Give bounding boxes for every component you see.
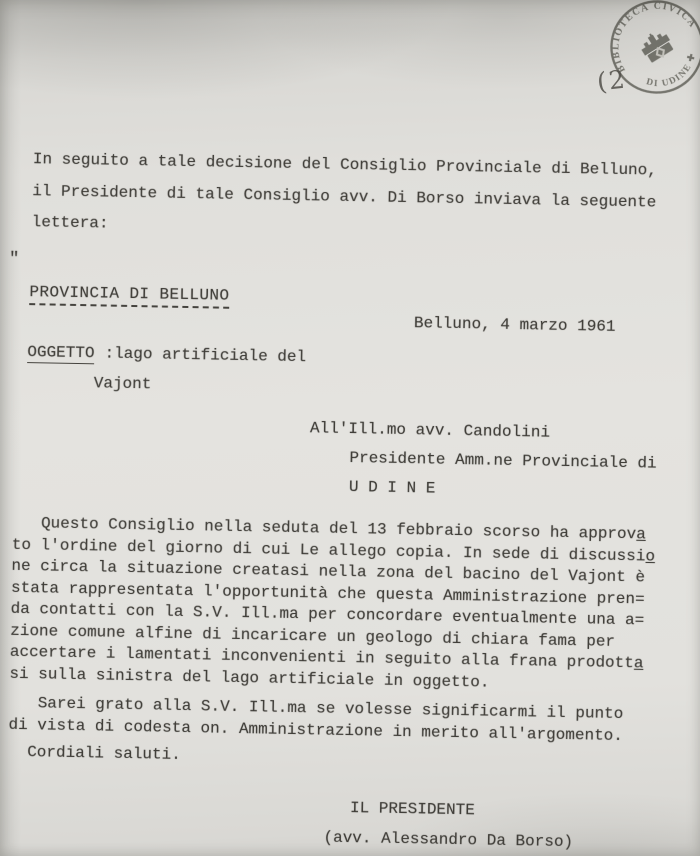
letterhead-title: PROVINCIA DI BELLUNO <box>29 283 229 305</box>
closing-line: Cordiali saluti. <box>8 742 684 776</box>
opening-quote-mark: " <box>9 250 20 269</box>
letterhead-text: PROVINCIA DI BELLUNO <box>29 283 229 309</box>
subject-continuation: Vajont <box>94 374 152 393</box>
subject-label: OGGETTO <box>27 343 95 364</box>
date-line: Belluno, 4 marzo 1961 <box>414 314 616 336</box>
letter-content: In seguito a tale decisione del Consigli… <box>0 0 700 856</box>
subject-text: :lago artificiale del <box>104 344 306 366</box>
body-paragraph-2: Sarei grato alla S.V. Ill.ma se volesse … <box>8 693 685 748</box>
body-paragraph-1: Questo Consiglio nella seduta del 13 feb… <box>9 513 688 697</box>
intro-paragraph: In seguito a tale decisione del Consigli… <box>31 144 693 251</box>
signature-title: IL PRESIDENTE <box>350 799 475 819</box>
subject-line: OGGETTO:lago artificiale del <box>27 343 306 366</box>
scanned-letter-page: BIBLIOTECA CIVICA DI UDINE ✚ (2 In segui… <box>0 0 700 856</box>
signature-name: (avv. Alessandro Da Borso) <box>323 829 573 852</box>
letter-body: Questo Consiglio nella seduta del 13 feb… <box>8 513 688 776</box>
recipient-block: All'Ill.mo avv. Candolini Presidente Amm… <box>309 414 658 507</box>
